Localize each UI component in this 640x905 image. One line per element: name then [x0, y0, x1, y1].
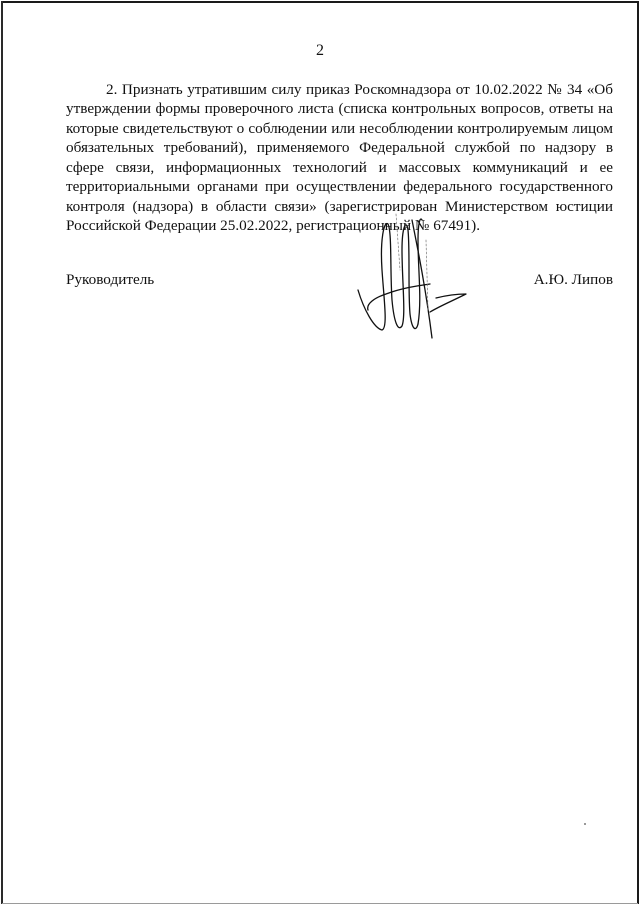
body-paragraph: 2. Признать утратившим силу приказ Роско…	[66, 80, 613, 236]
signature-block: Руководитель А.Ю. Липов	[66, 271, 613, 295]
page-number: 2	[0, 42, 640, 60]
handwritten-signature-icon	[346, 210, 476, 340]
scan-edge-bottom	[2, 903, 638, 904]
scan-edge-top	[2, 1, 638, 3]
scan-edge-right	[637, 1, 639, 904]
scan-artifact-dot	[584, 823, 586, 825]
signatory-name: А.Ю. Липов	[534, 271, 613, 289]
document-page: 2 2. Признать утратившим силу приказ Рос…	[0, 0, 640, 905]
scan-edge-left	[1, 1, 3, 904]
signatory-title: Руководитель	[66, 271, 154, 289]
